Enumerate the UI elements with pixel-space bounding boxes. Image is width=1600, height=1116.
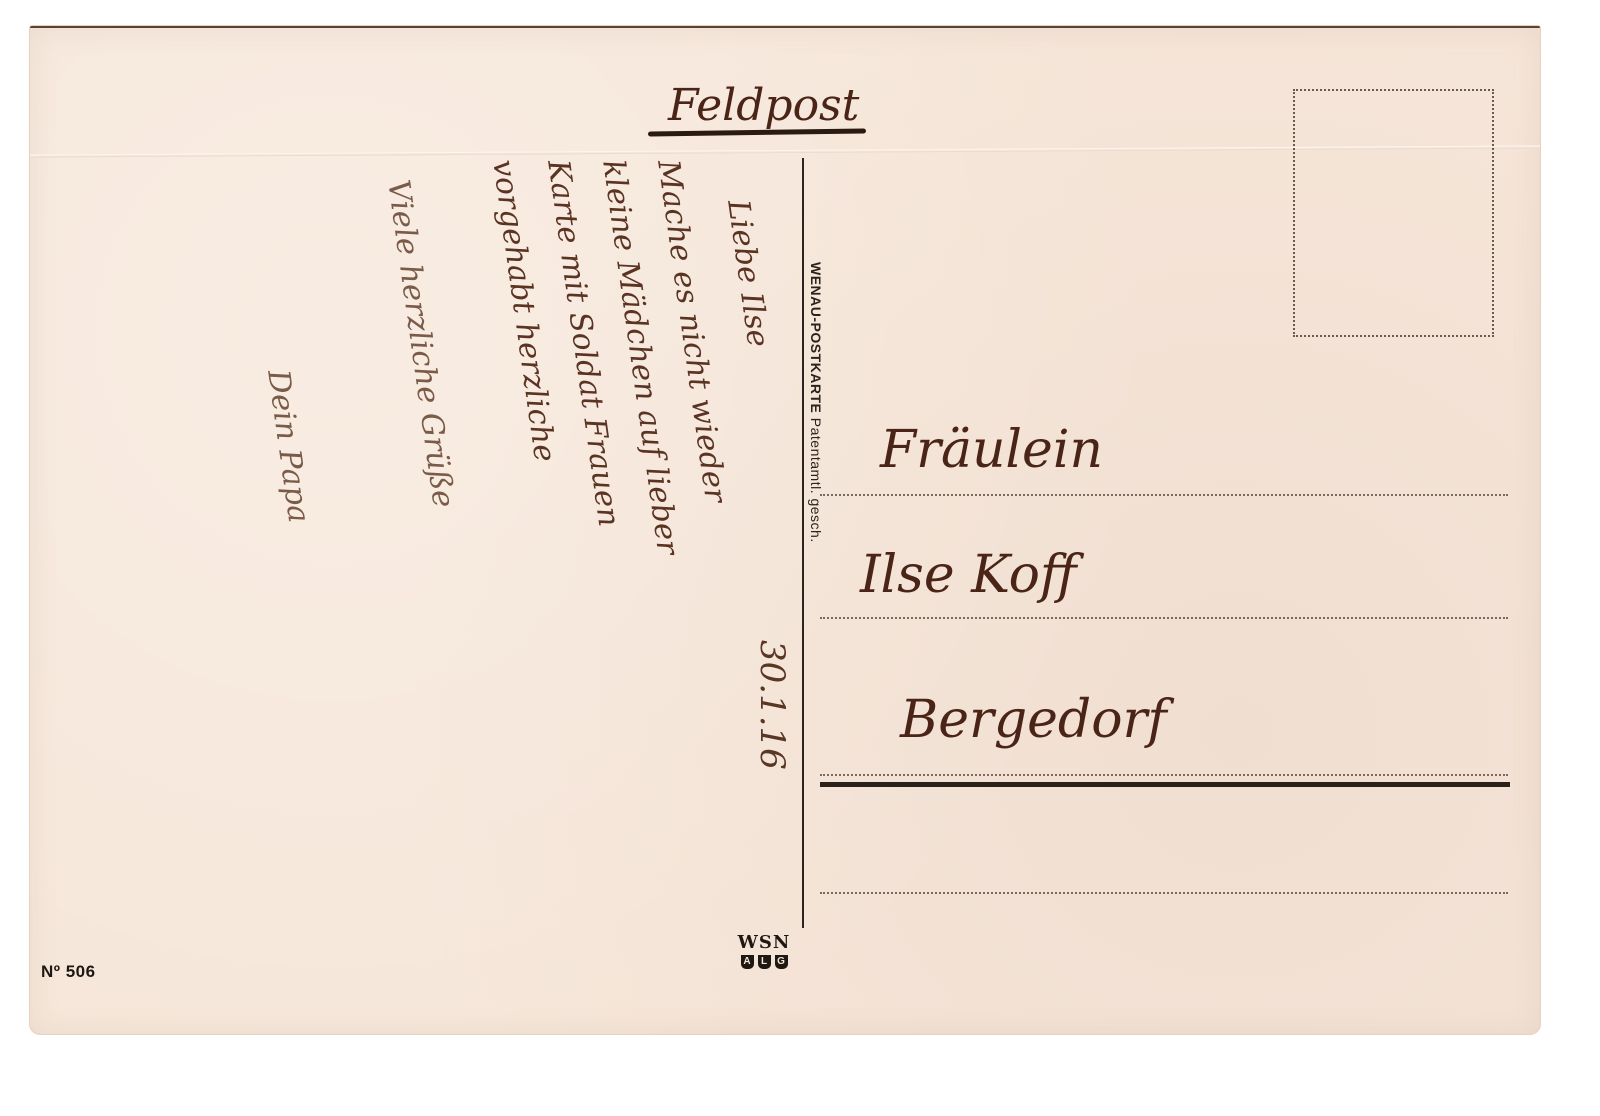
- feldpost-header: Feldpost: [668, 80, 859, 131]
- address-rule: [820, 617, 1508, 619]
- center-divider: [802, 158, 804, 928]
- logo-letters: WSN: [732, 932, 796, 953]
- logo-shield: A: [741, 955, 754, 969]
- message-date: 30.1.16: [752, 640, 792, 770]
- message-area: Liebe Ilse Mache es nicht wieder kleine …: [240, 160, 800, 860]
- patent-note: Patentamtl. gesch.: [808, 418, 824, 543]
- message-line: Liebe Ilse: [720, 198, 775, 350]
- publisher-logo: WSN A L G: [732, 932, 796, 988]
- address-line-1: Fräulein: [880, 420, 1103, 480]
- address-line-2: Ilse Koff: [860, 545, 1077, 605]
- logo-shield: G: [775, 955, 788, 969]
- stamp-box: [1293, 89, 1494, 337]
- logo-shield: L: [758, 955, 771, 969]
- address-rule: [820, 892, 1508, 894]
- address-line-3: Bergedorf: [900, 690, 1167, 750]
- address-rule-thick: [820, 782, 1510, 787]
- address-rule: [820, 494, 1508, 496]
- message-line: Viele herzliche Grüße: [380, 178, 461, 510]
- logo-shields: A L G: [732, 955, 796, 969]
- publisher-imprint: WENAU-POSTKARTE Patentamtl. gesch.: [808, 262, 824, 543]
- address-rule: [820, 774, 1508, 776]
- card-number: Nº 506: [41, 962, 96, 982]
- message-signature: Dein Papa: [260, 368, 316, 525]
- publisher-name: WENAU-POSTKARTE: [808, 262, 824, 413]
